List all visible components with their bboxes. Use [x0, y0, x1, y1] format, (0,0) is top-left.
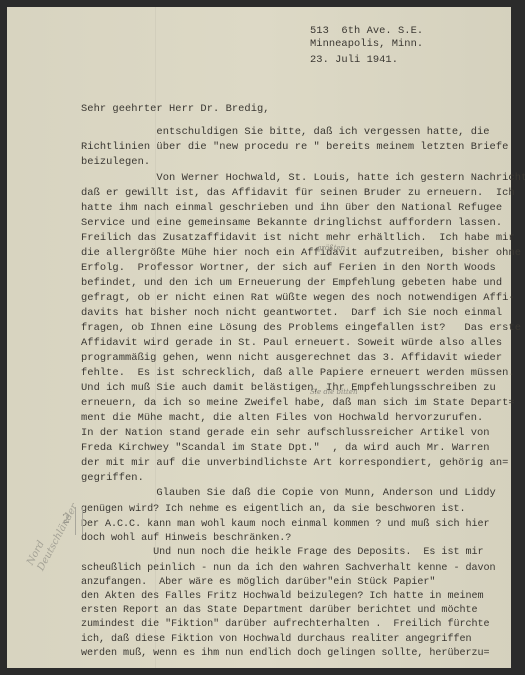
- letter-line: In der Nation stand gerade ein sehr aufs…: [81, 427, 490, 440]
- salutation: Sehr geehrter Herr Dr. Bredig,: [81, 103, 270, 116]
- letter-line: Erfolg. Professor Wortner, der sich auf …: [81, 262, 496, 275]
- letter-line: Richtlinien über die "new procedu re " b…: [81, 141, 508, 154]
- letter-line: programmäßig gehen, wenn nicht ausgerech…: [81, 352, 502, 365]
- letter-page: 513 6th Ave. S.E. Minneapolis, Minn. 23.…: [7, 7, 511, 668]
- margin-note: Nord Deutschländer: [25, 496, 81, 573]
- letter-line: hatte ihm nach einmal geschrieben und ih…: [81, 202, 502, 215]
- interlinear-correction: größten: [317, 244, 345, 252]
- letter-line: erneuern, da ich so meine Zweifel habe, …: [81, 397, 515, 410]
- letter-line: genügen wird? Ich nehme es eigentlich an…: [81, 503, 465, 516]
- letter-line: Von Werner Hochwald, St. Louis, hatte ic…: [81, 172, 525, 185]
- letter-date: 23. Juli 1941.: [310, 54, 398, 67]
- letter-line: fragen, ob Ihnen eine Lösung des Problem…: [81, 322, 521, 335]
- letter-line: werden muß, wenn es ihm nun endlich doch…: [81, 647, 490, 660]
- letter-line: doch wohl auf Hinweis beschränken.?: [81, 532, 291, 545]
- letter-line: befindet, und den ich um Erneuerung der …: [81, 277, 502, 290]
- letter-line: ment die Mühe macht, die alten Files von…: [81, 412, 483, 425]
- letter-line: den Akten des Falles Fritz Hochwald beiz…: [81, 590, 484, 603]
- address-line-1: 513 6th Ave. S.E.: [310, 25, 423, 38]
- letter-line: davits hat bisher noch nicht geantwortet…: [81, 307, 502, 320]
- letter-line: zumindest die "Fiktion" darüber aufrecht…: [81, 618, 490, 631]
- letter-line: die allergrößte Mühe hier noch ein Affid…: [81, 247, 521, 260]
- letter-line: ersten Report an das State Department da…: [81, 604, 477, 617]
- address-line-2: Minneapolis, Minn.: [310, 38, 423, 51]
- letter-line: Der A.C.C. kann man wohl kaum noch einma…: [81, 518, 490, 531]
- letter-line: scheußlich peinlich - nun da ich den wah…: [81, 562, 496, 575]
- letter-line: gegriffen.: [81, 472, 144, 485]
- letter-line: Und ich muß Sie auch damit belästigen, I…: [81, 382, 496, 395]
- letter-line: Freilich das Zusatzaffidavit ist nicht m…: [81, 232, 515, 245]
- letter-line: anzufangen. Aber wäre es möglich darüber…: [81, 576, 435, 589]
- interlinear-correction: Sie die bitten: [310, 388, 358, 396]
- letter-line: Service und eine gemeinsame Bekannte dri…: [81, 217, 502, 230]
- letter-line: Affidavit wird gerade in St. Paul erneue…: [81, 337, 502, 350]
- letter-line: Glauben Sie daß die Copie von Munn, Ande…: [81, 487, 496, 500]
- letter-line: Und nun noch die heikle Frage des Deposi…: [81, 546, 484, 559]
- letter-line: der mit mir auf die unverbindlichste Art…: [81, 457, 508, 470]
- letter-line: ich, daß diese Fiktion von Hochwald durc…: [81, 633, 471, 646]
- letter-line: daß er gewillt ist, das Affidavit für se…: [81, 187, 515, 200]
- letter-line: entschuldigen Sie bitte, daß ich vergess…: [81, 126, 490, 139]
- letter-line: Freda Kirchwey "Scandal im State Dpt." ,…: [81, 442, 490, 455]
- letter-line: beizulegen.: [81, 156, 150, 169]
- letter-line: gefragt, ob er nicht einen Rat wüßte weg…: [81, 292, 515, 305]
- letter-line: fehlte. Es ist schrecklich, daß alle Pap…: [81, 367, 515, 380]
